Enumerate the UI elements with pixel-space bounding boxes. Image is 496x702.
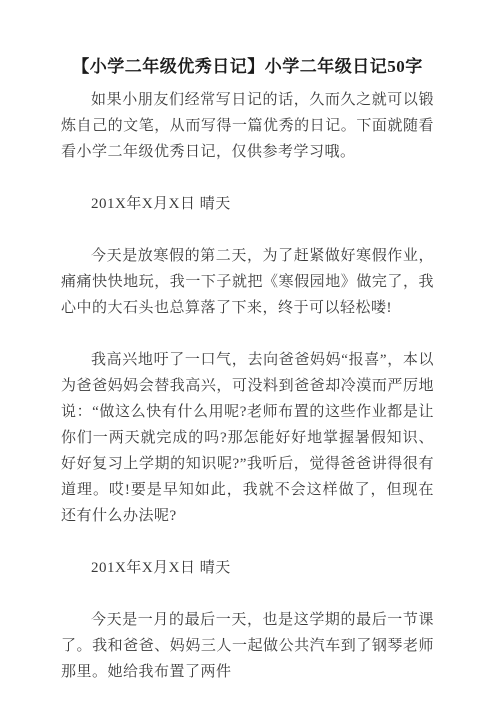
diary-entry-1-paragraph-1: 今天是放寒假的第二天，为了赶紧做好寒假作业，痛痛快快地玩，我一下子就把《寒假园地… [61, 243, 434, 321]
diary-entry-2-date: 201X年X月X日 晴天 [61, 555, 434, 581]
document-page: 【小学二年级优秀日记】小学二年级日记50字 如果小朋友们经常写日记的话，久而久之… [0, 0, 496, 702]
diary-entry-1-paragraph-2: 我高兴地吁了一口气，去向爸爸妈妈“报喜”，本以为爸爸妈妈会替我高兴，可没料到爸爸… [61, 347, 434, 529]
intro-paragraph: 如果小朋友们经常写日记的话，久而久之就可以锻炼自己的文笔，从而写得一篇优秀的日记… [61, 87, 434, 165]
document-title: 【小学二年级优秀日记】小学二年级日记50字 [61, 54, 434, 80]
diary-entry-2-paragraph-1: 今天是一月的最后一天，也是这学期的最后一节课了。我和爸爸、妈妈三人一起做公共汽车… [61, 607, 434, 685]
diary-entry-1-date: 201X年X月X日 晴天 [61, 191, 434, 217]
